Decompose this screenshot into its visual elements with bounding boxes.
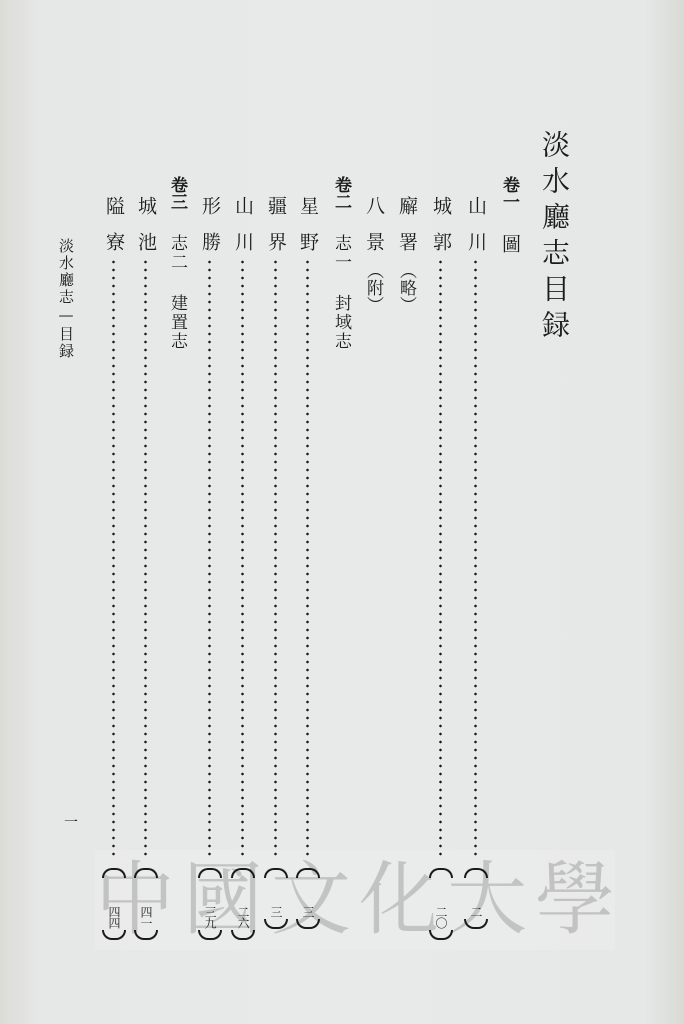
page-number-value: 四四 bbox=[108, 906, 120, 928]
entry-label: 八景 bbox=[364, 196, 383, 268]
document-page: 中國文化大學 淡水廳志目録 卷一 圖 山川 二 城郭 二〇 廨署 ︵略︶ bbox=[0, 0, 684, 1024]
page-number: 三 bbox=[296, 868, 320, 929]
page-number-value: 二〇 bbox=[435, 906, 447, 928]
paren-close bbox=[102, 930, 126, 940]
entry-label: 廨署 bbox=[397, 196, 416, 268]
note: ︵略︶ bbox=[397, 262, 414, 313]
page-number-value: 三 bbox=[302, 906, 314, 917]
note-text: 附 bbox=[363, 279, 383, 296]
juan-number: 一 bbox=[499, 193, 519, 210]
leader-dots bbox=[208, 258, 211, 860]
paren-close bbox=[231, 930, 255, 940]
juan-3-label: 卷三 bbox=[168, 176, 185, 210]
paren-open bbox=[264, 868, 288, 878]
paren-close bbox=[264, 919, 288, 929]
folio-number: 一 bbox=[64, 812, 78, 832]
page-number-value: 三九 bbox=[204, 906, 216, 928]
juan-2-text: 志一 bbox=[332, 234, 349, 272]
page-title: 淡水廳志目録 bbox=[540, 130, 568, 346]
paren-open bbox=[198, 868, 222, 878]
juan-2-subtitle: 封域志 bbox=[332, 294, 349, 351]
page-number: 三九 bbox=[198, 868, 222, 940]
page-number-value: 二 bbox=[470, 906, 482, 917]
juan-char: 卷 bbox=[167, 176, 187, 193]
paren-open bbox=[102, 868, 126, 878]
page-number: 三 bbox=[264, 868, 288, 929]
juan-char: 卷 bbox=[499, 176, 519, 193]
paren-open bbox=[429, 868, 453, 878]
juan-number: 三 bbox=[167, 193, 187, 210]
page-number-value: 四一 bbox=[140, 906, 152, 928]
leader-dots bbox=[439, 258, 442, 860]
leader-dots bbox=[274, 258, 277, 860]
juan-char: 卷 bbox=[331, 176, 351, 193]
juan-number: 二 bbox=[331, 193, 351, 210]
leader-dots bbox=[474, 258, 477, 860]
note: ︵附︶ bbox=[364, 262, 381, 313]
page-number: 二六 bbox=[231, 868, 255, 940]
paren-close bbox=[198, 930, 222, 940]
leader-dots bbox=[306, 258, 309, 860]
juan-3-subtitle: 建置志 bbox=[168, 294, 185, 351]
paren-close bbox=[296, 919, 320, 929]
page-number: 二〇 bbox=[429, 868, 453, 940]
juan-1-text: 圖 bbox=[500, 234, 519, 270]
paren-close bbox=[464, 919, 488, 929]
page-number-value: 三 bbox=[270, 906, 282, 917]
juan-3-text: 志二 bbox=[168, 234, 185, 272]
paren-open bbox=[231, 868, 255, 878]
running-header: 淡水廳志—目録 bbox=[58, 238, 73, 360]
note-text: 略 bbox=[396, 279, 416, 296]
paren-close bbox=[429, 930, 453, 940]
page-number: 二 bbox=[464, 868, 488, 929]
page-number-value: 二六 bbox=[237, 906, 249, 928]
page-number: 四一 bbox=[134, 868, 158, 940]
leader-dots bbox=[241, 258, 244, 860]
paren-close bbox=[134, 930, 158, 940]
paren-open bbox=[134, 868, 158, 878]
page-number: 四四 bbox=[102, 868, 126, 940]
juan-1-label: 卷一 bbox=[500, 176, 517, 210]
juan-2-label: 卷二 bbox=[332, 176, 349, 210]
paren-open bbox=[464, 868, 488, 878]
watermark: 中國文化大學 bbox=[95, 850, 615, 950]
leader-dots bbox=[144, 258, 147, 860]
leader-dots bbox=[112, 258, 115, 860]
paren-open bbox=[296, 868, 320, 878]
